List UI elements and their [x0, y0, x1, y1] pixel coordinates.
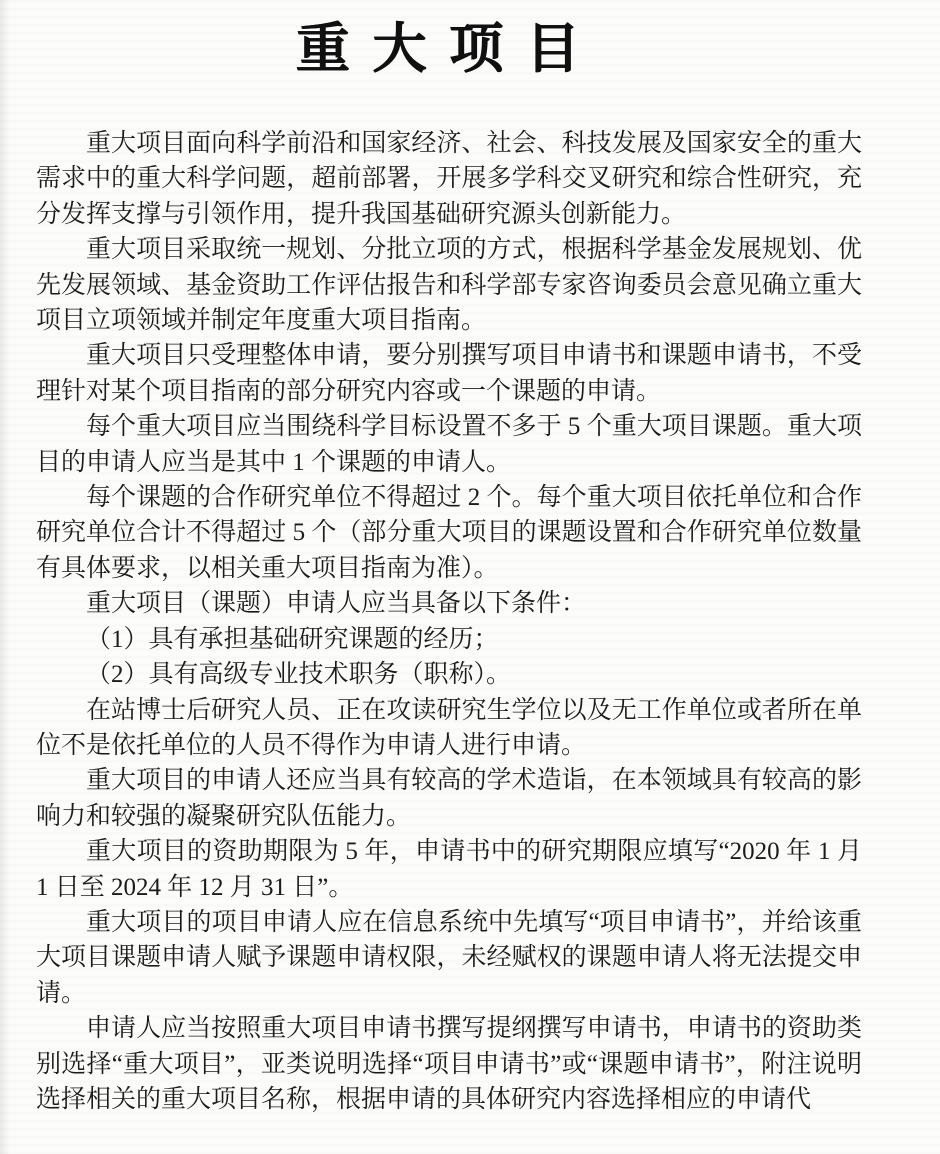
- paragraph-condition-2: （2）具有高级专业技术职务（职称）。: [36, 657, 862, 692]
- paragraph-intro: 重大项目面向科学前沿和国家经济、社会、科技发展及国家安全的重大需求中的重大科学问…: [36, 126, 862, 232]
- paragraph-cooperation-limit: 每个课题的合作研究单位不得超过 2 个。每个重大项目依托单位和合作研究单位合计不…: [36, 480, 862, 586]
- paragraph-condition-1: （1）具有承担基础研究课题的经历；: [36, 622, 862, 657]
- paragraph-system-workflow: 重大项目的项目申请人应在信息系统中先填写“项目申请书”，并给该重大项目课题申请人…: [36, 905, 862, 1011]
- paragraph-conditions-lead: 重大项目（课题）申请人应当具备以下条件：: [36, 586, 862, 621]
- document-page: 重大项目 重大项目面向科学前沿和国家经济、社会、科技发展及国家安全的重大需求中的…: [0, 0, 940, 1154]
- paragraph-ineligible: 在站博士后研究人员、正在攻读研究生学位以及无工作单位或者所在单位不是依托单位的人…: [36, 693, 862, 764]
- paragraph-planning: 重大项目采取统一规划、分批立项的方式，根据科学基金发展规划、优先发展领域、基金资…: [36, 232, 862, 338]
- paragraph-writing-guide: 申请人应当按照重大项目申请书撰写提纲撰写申请书，申请书的资助类别选择“重大项目”…: [36, 1011, 862, 1117]
- document-title: 重大项目: [36, 16, 862, 82]
- paragraph-academic-standing: 重大项目的申请人还应当具有较高的学术造诣，在本领域具有较高的影响力和较强的凝聚研…: [36, 763, 862, 834]
- paragraph-topic-limit: 每个重大项目应当围绕科学目标设置不多于 5 个重大项目课题。重大项目的申请人应当…: [36, 409, 862, 480]
- paragraph-application-rule: 重大项目只受理整体申请，要分别撰写项目申请书和课题申请书，不受理针对某个项目指南…: [36, 338, 862, 409]
- paragraph-funding-period: 重大项目的资助期限为 5 年，申请书中的研究期限应填写“2020 年 1 月 1…: [36, 834, 862, 905]
- document-body: 重大项目面向科学前沿和国家经济、社会、科技发展及国家安全的重大需求中的重大科学问…: [36, 126, 862, 1117]
